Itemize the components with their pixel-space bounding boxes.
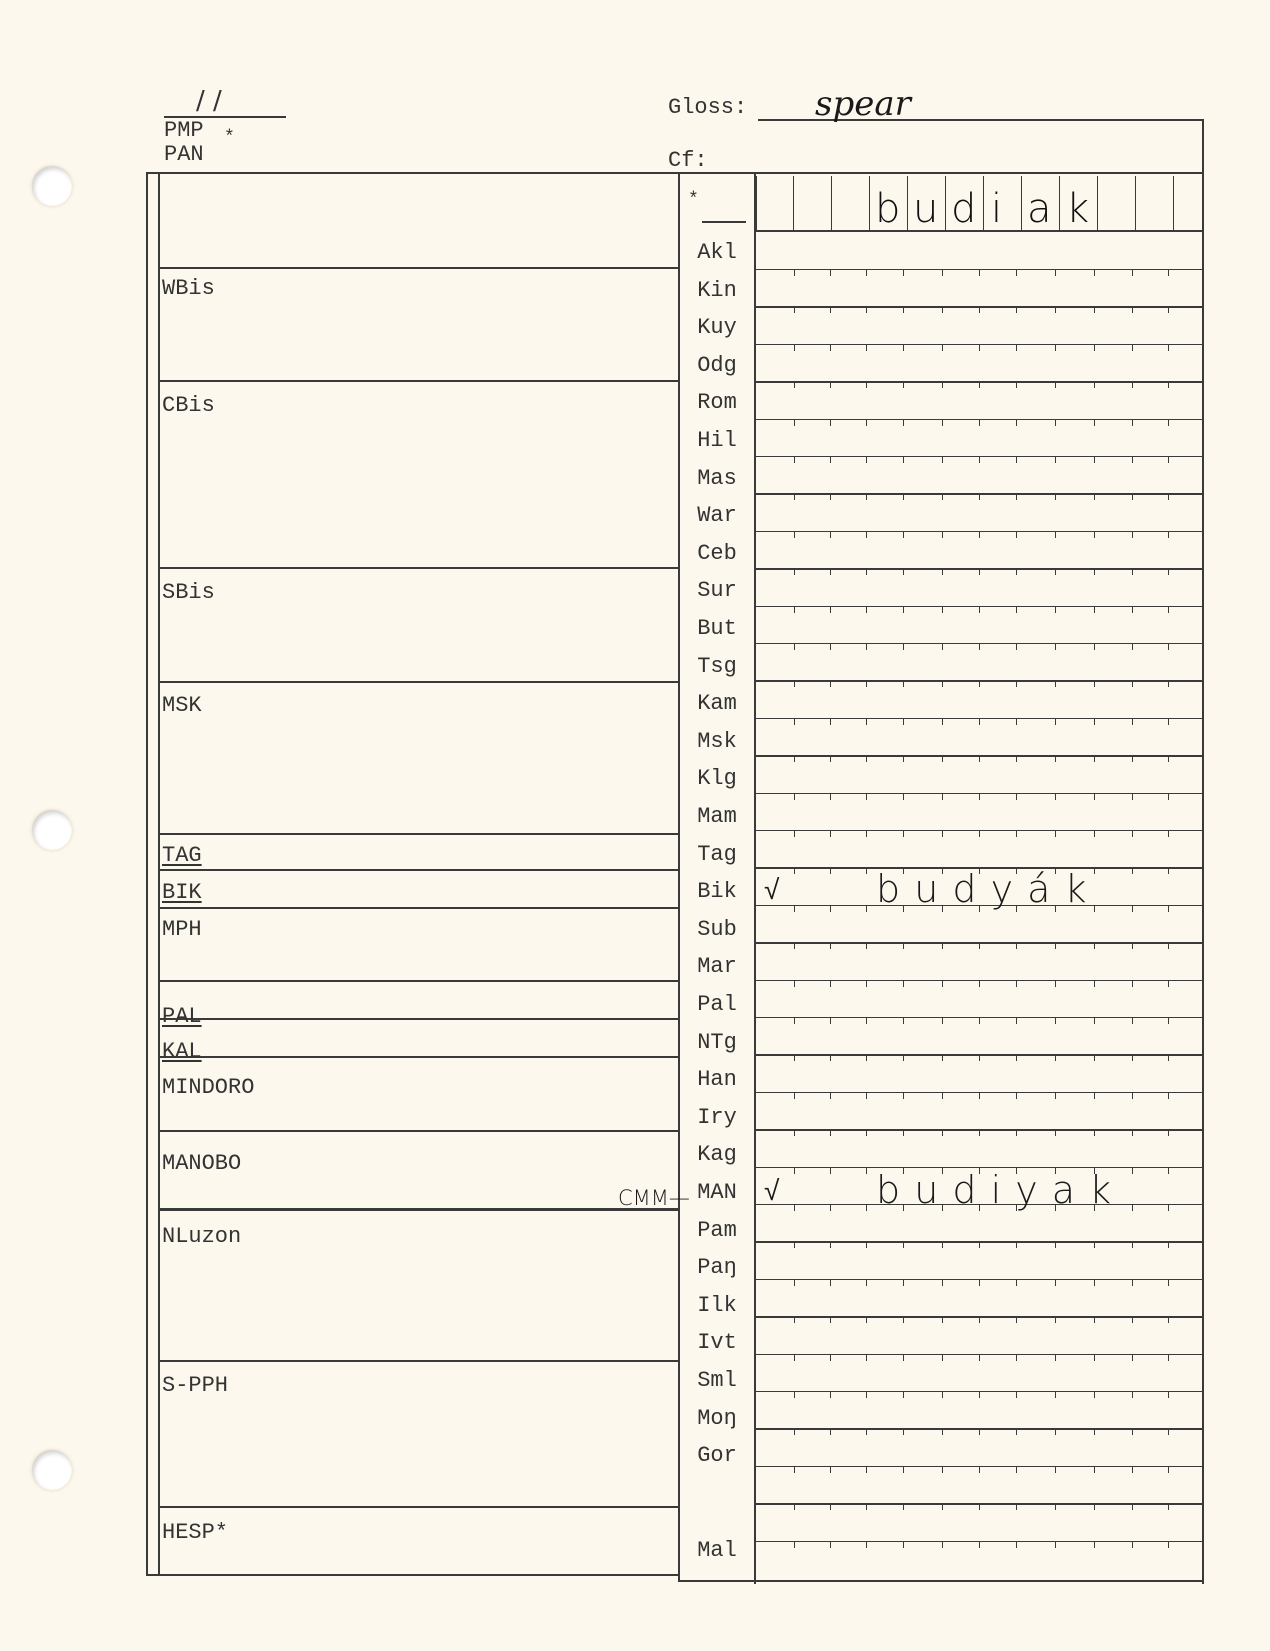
language-label: Bik: [680, 879, 754, 904]
rule-tick: [1016, 568, 1017, 575]
rule-tick: [1055, 1428, 1056, 1435]
binder-hole-bottom: [32, 1450, 72, 1490]
rule-tick: [794, 1054, 795, 1061]
rule-tick: [979, 643, 980, 650]
language-label: MAN: [680, 1180, 754, 1205]
rule-tick: [794, 419, 795, 426]
proto-letter: d: [951, 186, 976, 232]
proto-cell-divider: [1021, 176, 1022, 232]
rule-tick: [1016, 680, 1017, 687]
proto-cell-divider: [983, 176, 984, 232]
rule-tick: [866, 718, 867, 725]
rule-tick: [794, 1391, 795, 1398]
rule-line: [756, 680, 1204, 681]
rule-tick: [1016, 1279, 1017, 1286]
rule-tick: [1016, 643, 1017, 650]
rule-tick: [942, 942, 943, 949]
entry-form: b u d i y a k: [876, 1168, 1112, 1212]
language-label: Iry: [680, 1105, 754, 1130]
rule-tick: [866, 1054, 867, 1061]
language-label: Mar: [680, 954, 754, 979]
rule-tick: [1055, 531, 1056, 538]
rule-tick: [1168, 1503, 1169, 1510]
rule-tick: [1094, 1503, 1095, 1510]
group-separator: [160, 380, 678, 382]
cf-label: Cf:: [668, 148, 708, 173]
rule-tick: [1168, 606, 1169, 613]
rule-tick: [1094, 1354, 1095, 1361]
rule-tick: [979, 381, 980, 388]
language-label: But: [680, 616, 754, 641]
rule-tick: [866, 867, 867, 874]
language-label: Ivt: [680, 1330, 754, 1355]
rule-tick: [979, 1503, 980, 1510]
rule-tick: [979, 755, 980, 762]
language-label: Kam: [680, 691, 754, 716]
rule-tick: [942, 1503, 943, 1510]
group-separator: [160, 1506, 678, 1508]
rule-tick: [1055, 456, 1056, 463]
rule-tick: [1168, 1054, 1169, 1061]
rule-tick: [1132, 1092, 1133, 1099]
rule-tick: [866, 1428, 867, 1435]
rule-tick: [903, 269, 904, 276]
pmp-label: PMP: [164, 118, 204, 143]
rule-tick: [1132, 1279, 1133, 1286]
rule-tick: [794, 568, 795, 575]
rule-tick: [1168, 1391, 1169, 1398]
rule-tick: [794, 344, 795, 351]
rule-tick: [1094, 830, 1095, 837]
rule-tick: [1094, 1129, 1095, 1136]
rule-tick: [830, 568, 831, 575]
language-label: Kuy: [680, 315, 754, 340]
language-label: Gor: [680, 1443, 754, 1468]
language-label: NTg: [680, 1030, 754, 1055]
rule-tick: [1016, 1054, 1017, 1061]
rule-line: [756, 456, 1204, 457]
language-label: Paŋ: [680, 1255, 754, 1280]
rule-tick: [1168, 419, 1169, 426]
rule-tick: [1055, 1316, 1056, 1323]
rule-tick: [1055, 493, 1056, 500]
rule-tick: [866, 1541, 867, 1548]
rule-tick: [1016, 606, 1017, 613]
proto-letter: u: [913, 186, 938, 232]
rule-tick: [794, 1503, 795, 1510]
rule-tick: [866, 643, 867, 650]
rule-line: [756, 493, 1204, 494]
rule-tick: [1132, 1391, 1133, 1398]
rule-tick: [866, 905, 867, 912]
rule-tick: [1055, 980, 1056, 987]
rule-tick: [830, 531, 831, 538]
rule-tick: [1016, 306, 1017, 313]
rule-tick: [942, 269, 943, 276]
entry-form: b u d y á k: [876, 867, 1088, 911]
rule-tick: [1168, 1092, 1169, 1099]
rule-tick: [794, 1129, 795, 1136]
rule-line: [756, 269, 1204, 270]
rule-tick: [794, 942, 795, 949]
rule-tick: [866, 1503, 867, 1510]
rule-tick: [794, 1241, 795, 1248]
language-label: Pam: [680, 1218, 754, 1243]
rule-tick: [794, 830, 795, 837]
group-separator: [160, 833, 678, 835]
rule-tick: [1055, 1241, 1056, 1248]
rule-tick: [903, 680, 904, 687]
rule-tick: [942, 718, 943, 725]
rule-tick: [830, 830, 831, 837]
rule-tick: [1168, 793, 1169, 800]
proto-cell-divider: [1097, 176, 1098, 232]
group-separator: [160, 1130, 678, 1132]
rule-tick: [1016, 1241, 1017, 1248]
rule-tick: [1055, 680, 1056, 687]
rule-tick: [794, 643, 795, 650]
rule-tick: [830, 980, 831, 987]
rule-tick: [1055, 419, 1056, 426]
rule-tick: [903, 1428, 904, 1435]
rule-tick: [1132, 1354, 1133, 1361]
rule-tick: [866, 680, 867, 687]
rule-tick: [1016, 980, 1017, 987]
rule-tick: [830, 942, 831, 949]
rule-tick: [942, 1466, 943, 1473]
rule-tick: [903, 606, 904, 613]
rule-line: [756, 1279, 1204, 1280]
language-label: Akl: [680, 240, 754, 265]
rule-tick: [979, 1279, 980, 1286]
rule-tick: [830, 643, 831, 650]
rule-tick: [866, 269, 867, 276]
rule-tick: [830, 344, 831, 351]
rule-tick: [866, 1017, 867, 1024]
rule-tick: [830, 381, 831, 388]
rule-tick: [1016, 718, 1017, 725]
rule-tick: [942, 531, 943, 538]
rule-tick: [1016, 269, 1017, 276]
rule-tick: [866, 419, 867, 426]
rule-line: [756, 1092, 1204, 1093]
language-label: Sur: [680, 578, 754, 603]
rule-tick: [903, 1466, 904, 1473]
rule-tick: [866, 1204, 867, 1211]
rule-tick: [830, 1466, 831, 1473]
rule-tick: [1016, 419, 1017, 426]
rule-tick: [1016, 1466, 1017, 1473]
proto-cell-divider: [1059, 176, 1060, 232]
rule-tick: [866, 1279, 867, 1286]
rule-tick: [1055, 793, 1056, 800]
rule-tick: [794, 1354, 795, 1361]
rule-tick: [794, 1167, 795, 1174]
rule-tick: [942, 1391, 943, 1398]
rule-line: [756, 980, 1204, 981]
rule-tick: [1094, 1092, 1095, 1099]
rule-tick: [1055, 1129, 1056, 1136]
rule-tick: [1094, 867, 1095, 874]
rule-tick: [794, 1092, 795, 1099]
rule-tick: [794, 718, 795, 725]
rule-line: [756, 1466, 1204, 1467]
rule-tick: [830, 306, 831, 313]
rule-tick: [1055, 568, 1056, 575]
language-label: Mal: [680, 1538, 754, 1563]
proto-cell-divider: [756, 176, 757, 232]
subgroup-label: KAL: [162, 1039, 202, 1064]
group-separator: [160, 869, 678, 871]
gloss-label: Gloss:: [668, 95, 747, 120]
rule-tick: [1132, 755, 1133, 762]
rule-tick: [979, 269, 980, 276]
rule-tick: [1168, 1129, 1169, 1136]
proto-letter: k: [1066, 186, 1089, 232]
rule-line: [756, 306, 1204, 307]
rule-tick: [866, 568, 867, 575]
rule-tick: [1168, 1204, 1169, 1211]
group-separator: [160, 1018, 678, 1020]
rule-tick: [1168, 1017, 1169, 1024]
rule-tick: [979, 680, 980, 687]
rule-tick: [1132, 680, 1133, 687]
rule-tick: [1168, 942, 1169, 949]
rule-tick: [903, 1241, 904, 1248]
rule-tick: [1055, 1466, 1056, 1473]
rule-line: [756, 606, 1204, 607]
rule-tick: [830, 755, 831, 762]
rule-tick: [1132, 1541, 1133, 1548]
rule-tick: [942, 680, 943, 687]
rule-tick: [1055, 643, 1056, 650]
rule-line: [756, 1428, 1204, 1429]
rule-tick: [903, 1541, 904, 1548]
rule-tick: [1168, 568, 1169, 575]
rule-tick: [979, 830, 980, 837]
rule-tick: [1132, 1167, 1133, 1174]
rule-tick: [942, 606, 943, 613]
rule-tick: [1168, 980, 1169, 987]
rule-line: [756, 1316, 1204, 1317]
rule-tick: [903, 1316, 904, 1323]
rule-tick: [1132, 793, 1133, 800]
rule-tick: [1168, 830, 1169, 837]
rule-tick: [1094, 568, 1095, 575]
proto-cell-divider: [831, 176, 832, 232]
rule-tick: [794, 980, 795, 987]
rule-tick: [903, 980, 904, 987]
rule-tick: [1132, 381, 1133, 388]
language-label: Ceb: [680, 541, 754, 566]
rule-tick: [1016, 830, 1017, 837]
rule-tick: [830, 1541, 831, 1548]
rule-tick: [979, 1391, 980, 1398]
rule-tick: [942, 1354, 943, 1361]
rule-tick: [903, 1017, 904, 1024]
rule-tick: [794, 1279, 795, 1286]
rule-tick: [1168, 269, 1169, 276]
language-label: Mam: [680, 804, 754, 829]
rule-tick: [866, 344, 867, 351]
rule-line: [756, 643, 1204, 644]
rule-tick: [942, 793, 943, 800]
rule-tick: [979, 606, 980, 613]
rule-tick: [1094, 1316, 1095, 1323]
frame-top: [148, 172, 1204, 174]
rule-line: [756, 1054, 1204, 1055]
rule-line: [756, 793, 1204, 794]
rule-tick: [866, 456, 867, 463]
rule-tick: [1168, 1167, 1169, 1174]
rule-tick: [830, 1204, 831, 1211]
rule-tick: [1016, 1354, 1017, 1361]
proto-blank: [702, 221, 746, 223]
rule-tick: [830, 718, 831, 725]
rule-tick: [1055, 306, 1056, 313]
rule-tick: [1016, 456, 1017, 463]
rule-tick: [1132, 606, 1133, 613]
language-label: Tsg: [680, 654, 754, 679]
rule-tick: [1168, 531, 1169, 538]
rule-line: [756, 1391, 1204, 1392]
rule-tick: [942, 830, 943, 837]
rule-tick: [866, 793, 867, 800]
rule-tick: [866, 1354, 867, 1361]
rule-tick: [1132, 867, 1133, 874]
rule-tick: [1132, 1129, 1133, 1136]
rule-tick: [979, 1092, 980, 1099]
rule-tick: [942, 344, 943, 351]
rule-tick: [794, 905, 795, 912]
rule-tick: [830, 1129, 831, 1136]
rule-tick: [1132, 1241, 1133, 1248]
rule-tick: [1055, 606, 1056, 613]
rule-tick: [1168, 1354, 1169, 1361]
rule-tick: [1132, 269, 1133, 276]
language-label: War: [680, 503, 754, 528]
rule-tick: [1094, 306, 1095, 313]
proto-letter: b: [875, 186, 900, 232]
language-label: Ilk: [680, 1293, 754, 1318]
rule-tick: [979, 306, 980, 313]
rule-tick: [1094, 680, 1095, 687]
rule-tick: [903, 456, 904, 463]
rule-tick: [1055, 830, 1056, 837]
rule-tick: [979, 493, 980, 500]
rule-tick: [1168, 381, 1169, 388]
rule-tick: [866, 531, 867, 538]
rule-tick: [1168, 643, 1169, 650]
language-label: Sml: [680, 1368, 754, 1393]
rule-tick: [866, 381, 867, 388]
rule-tick: [1016, 755, 1017, 762]
rule-tick: [1094, 718, 1095, 725]
rule-tick: [979, 1054, 980, 1061]
rule-tick: [1168, 1279, 1169, 1286]
rule-tick: [1094, 1466, 1095, 1473]
rule-tick: [830, 793, 831, 800]
rule-tick: [903, 493, 904, 500]
frame-mid-right: [754, 172, 756, 1584]
rule-tick: [979, 419, 980, 426]
rule-line: [756, 755, 1204, 756]
language-label: Tag: [680, 842, 754, 867]
rule-tick: [942, 755, 943, 762]
proto-letter: a: [1027, 186, 1052, 232]
rule-tick: [794, 381, 795, 388]
group-separator: [160, 267, 678, 269]
rule-line: [756, 942, 1204, 943]
rule-line: [756, 419, 1204, 420]
frame-bottom-left: [146, 1574, 680, 1576]
rule-tick: [830, 1428, 831, 1435]
rule-tick: [942, 1092, 943, 1099]
rule-tick: [1016, 793, 1017, 800]
rule-tick: [1055, 1092, 1056, 1099]
rule-tick: [1168, 1241, 1169, 1248]
rule-tick: [794, 867, 795, 874]
rule-tick: [979, 793, 980, 800]
rule-tick: [866, 1167, 867, 1174]
rule-tick: [979, 718, 980, 725]
rule-tick: [1016, 1503, 1017, 1510]
rule-tick: [1094, 493, 1095, 500]
rule-line: [756, 1017, 1204, 1018]
rule-tick: [1016, 1391, 1017, 1398]
rule-tick: [979, 344, 980, 351]
rule-tick: [794, 793, 795, 800]
language-label: Moŋ: [680, 1406, 754, 1431]
rule-tick: [942, 1541, 943, 1548]
rule-tick: [1055, 718, 1056, 725]
rule-tick: [1168, 905, 1169, 912]
rule-tick: [1094, 1391, 1095, 1398]
rule-tick: [942, 456, 943, 463]
rule-tick: [1055, 1391, 1056, 1398]
rule-tick: [903, 568, 904, 575]
rule-tick: [866, 942, 867, 949]
rule-tick: [1168, 680, 1169, 687]
rule-tick: [979, 1316, 980, 1323]
language-label: Odg: [680, 353, 754, 378]
rule-tick: [942, 1316, 943, 1323]
rule-tick: [1094, 905, 1095, 912]
frame-left-outer: [146, 172, 148, 1576]
frame-left-inner: [158, 172, 160, 1576]
rule-line: [756, 1354, 1204, 1355]
rule-tick: [866, 493, 867, 500]
subgroup-label: BIK: [162, 880, 202, 905]
rule-tick: [1016, 531, 1017, 538]
rule-tick: [903, 830, 904, 837]
rule-tick: [1016, 493, 1017, 500]
rule-tick: [1094, 344, 1095, 351]
rule-tick: [1132, 1054, 1133, 1061]
subgroup-label: S-PPH: [162, 1373, 228, 1398]
rule-tick: [1132, 643, 1133, 650]
binder-hole-middle: [32, 810, 72, 850]
rule-tick: [1016, 1017, 1017, 1024]
subgroup-label: NLuzon: [162, 1224, 241, 1249]
rule-tick: [866, 306, 867, 313]
rule-line: [756, 344, 1204, 345]
rule-tick: [942, 1241, 943, 1248]
rule-tick: [1055, 755, 1056, 762]
frame-right: [1202, 119, 1204, 1584]
rule-tick: [866, 1241, 867, 1248]
rule-line: [756, 1241, 1204, 1242]
